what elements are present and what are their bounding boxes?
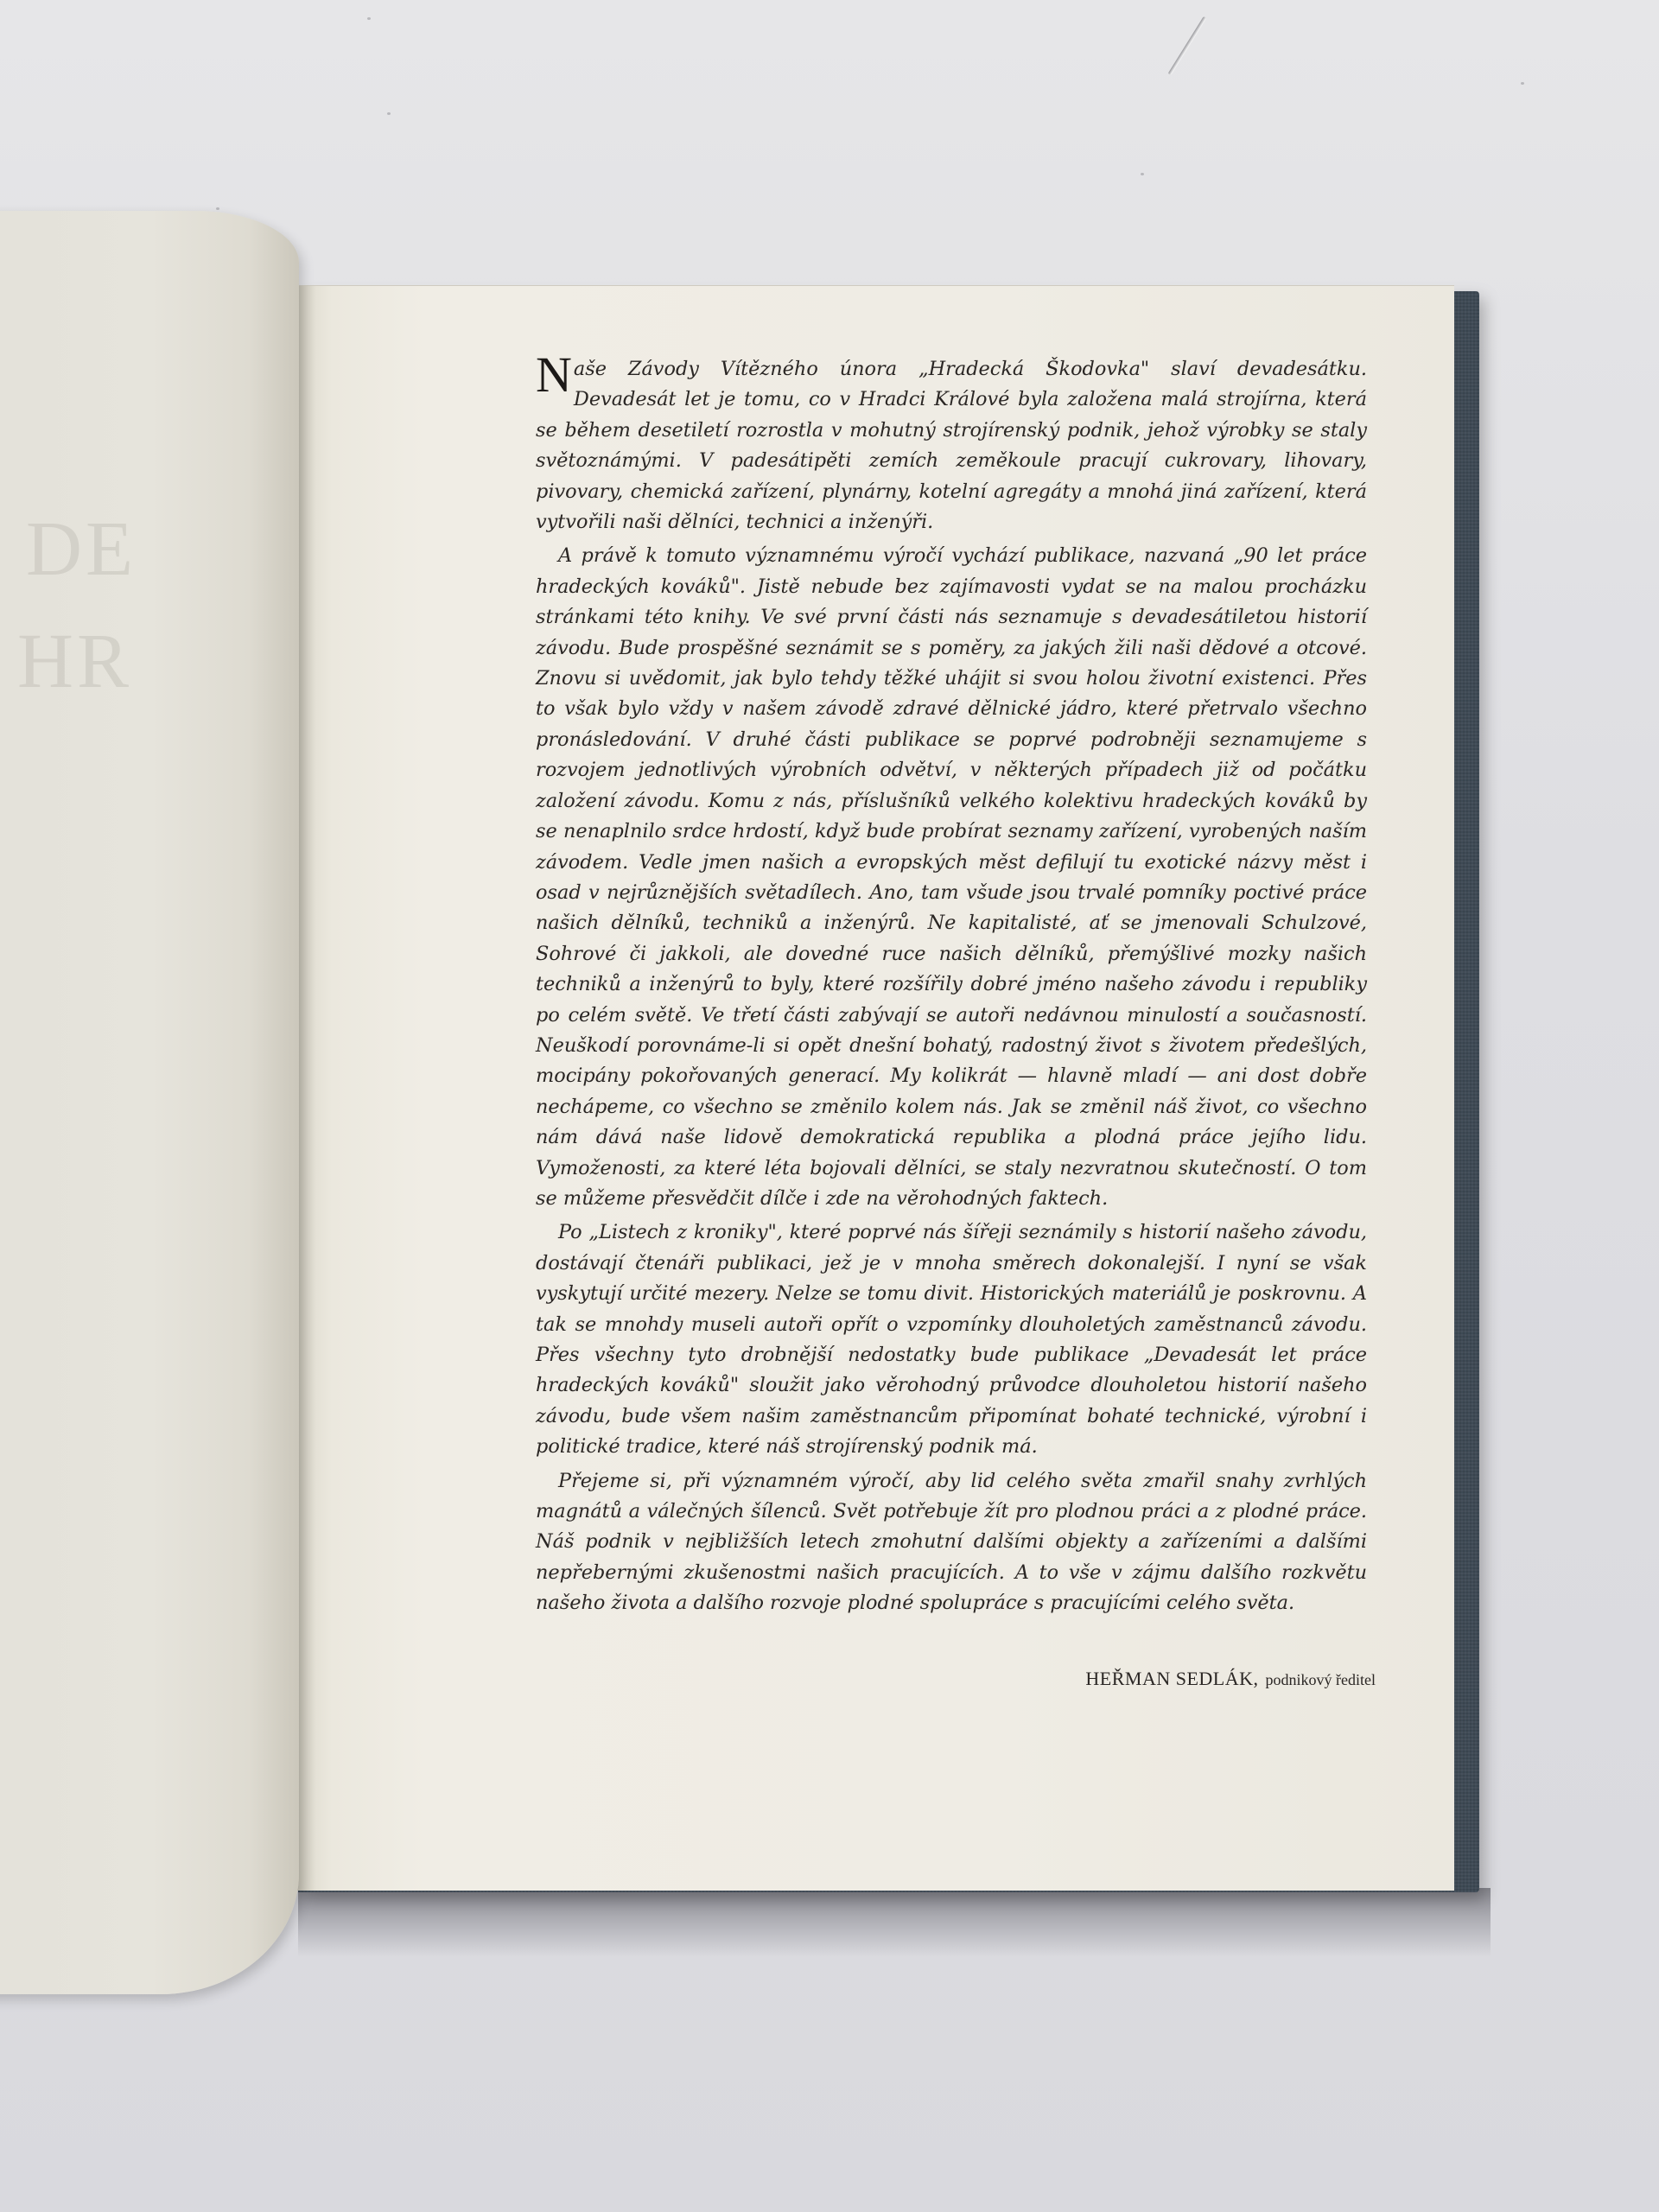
book-shadow bbox=[298, 1888, 1491, 1957]
dust-speck bbox=[216, 207, 219, 210]
paragraph: Naše Závody Vítězného února „Hradecká Šk… bbox=[536, 354, 1367, 537]
dust-speck bbox=[1141, 173, 1144, 175]
drop-cap: N bbox=[536, 358, 572, 392]
signature-name: HEŘMAN SEDLÁK, bbox=[1085, 1668, 1258, 1689]
signature: HEŘMAN SEDLÁK,podnikový ředitel bbox=[916, 1668, 1376, 1690]
body-text: Naše Závody Vítězného února „Hradecká Šk… bbox=[536, 354, 1367, 1623]
left-page: DE HR bbox=[0, 211, 299, 1994]
dust-speck bbox=[367, 17, 371, 20]
paragraph: Po „Listech z kroniky", které poprvé nás… bbox=[536, 1217, 1367, 1462]
paragraph: Přejeme si, při významném výročí, aby li… bbox=[536, 1466, 1367, 1619]
show-through-text: HR bbox=[17, 617, 132, 706]
signature-role: podnikový ředitel bbox=[1266, 1671, 1376, 1688]
dust-speck bbox=[1521, 82, 1524, 85]
paragraph-text: aše Závody Vítězného února „Hradecká Ško… bbox=[536, 358, 1367, 533]
surface-scratch bbox=[1168, 16, 1207, 75]
paragraph: A právě k tomuto významnému výročí vychá… bbox=[536, 541, 1367, 1214]
show-through-text: DE bbox=[26, 505, 137, 594]
dust-speck bbox=[387, 112, 391, 115]
